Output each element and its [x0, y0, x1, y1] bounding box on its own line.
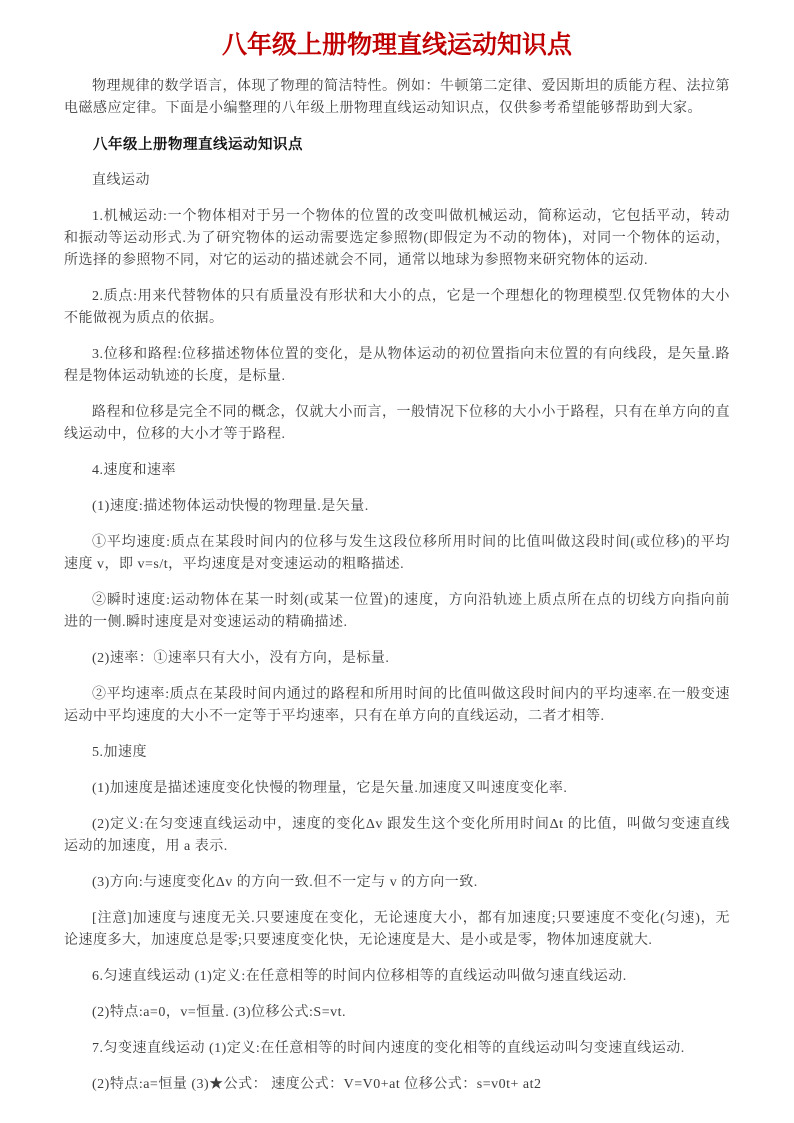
page-title: 八年级上册物理直线运动知识点: [40, 28, 754, 62]
paragraph: (2)速率：①速率只有大小，没有方向，是标量.: [64, 648, 730, 670]
paragraph: 1.机械运动:一个物体相对于另一个物体的位置的改变叫做机械运动，简称运动，它包括…: [64, 206, 730, 272]
intro-paragraph: 物理规律的数学语言，体现了物理的简洁特性。例如：牛顿第二定律、爱因斯坦的质能方程…: [64, 76, 730, 120]
paragraph: (2)定义:在匀变速直线运动中，速度的变化Δv 跟发生这个变化所用时间Δt 的比…: [64, 814, 730, 858]
section-heading: 八年级上册物理直线运动知识点: [64, 134, 730, 156]
paragraph: 2.质点:用来代替物体的只有质量没有形状和大小的点，它是一个理想化的物理模型.仅…: [64, 286, 730, 330]
paragraph: (3)方向:与速度变化Δv 的方向一致.但不一定与 v 的方向一致.: [64, 872, 730, 894]
document-page: 八年级上册物理直线运动知识点 物理规律的数学语言，体现了物理的简洁特性。例如：牛…: [0, 0, 794, 1123]
paragraph-list: 1.机械运动:一个物体相对于另一个物体的位置的改变叫做机械运动，简称运动，它包括…: [64, 206, 730, 1096]
paragraph: [注意]加速度与速度无关.只要速度在变化，无论速度大小，都有加速度;只要速度不变…: [64, 908, 730, 952]
section-label: 直线运动: [64, 170, 730, 192]
paragraph: (1)加速度是描述速度变化快慢的物理量，它是矢量.加速度又叫速度变化率.: [64, 778, 730, 800]
paragraph: ①平均速度:质点在某段时间内的位移与发生这段位移所用时间的比值叫做这段时间(或位…: [64, 532, 730, 576]
document-body: 物理规律的数学语言，体现了物理的简洁特性。例如：牛顿第二定律、爱因斯坦的质能方程…: [0, 76, 794, 1096]
paragraph: (2)特点:a=恒量 (3)★公式： 速度公式：V=V0+at 位移公式：s=v…: [64, 1074, 730, 1096]
paragraph: 5.加速度: [64, 742, 730, 764]
paragraph: (1)速度:描述物体运动快慢的物理量.是矢量.: [64, 496, 730, 518]
paragraph: 7.匀变速直线运动 (1)定义:在任意相等的时间内速度的变化相等的直线运动叫匀变…: [64, 1038, 730, 1060]
paragraph: (2)特点:a=0，v=恒量. (3)位移公式:S=vt.: [64, 1002, 730, 1024]
paragraph: 4.速度和速率: [64, 460, 730, 482]
paragraph: 3.位移和路程:位移描述物体位置的变化，是从物体运动的初位置指向末位置的有向线段…: [64, 344, 730, 388]
paragraph: 6.匀速直线运动 (1)定义:在任意相等的时间内位移相等的直线运动叫做匀速直线运…: [64, 966, 730, 988]
paragraph: ②瞬时速度:运动物体在某一时刻(或某一位置)的速度，方向沿轨迹上质点所在点的切线…: [64, 590, 730, 634]
paragraph: ②平均速率:质点在某段时间内通过的路程和所用时间的比值叫做这段时间内的平均速率.…: [64, 684, 730, 728]
paragraph: 路程和位移是完全不同的概念，仅就大小而言，一般情况下位移的大小小于路程，只有在单…: [64, 402, 730, 446]
